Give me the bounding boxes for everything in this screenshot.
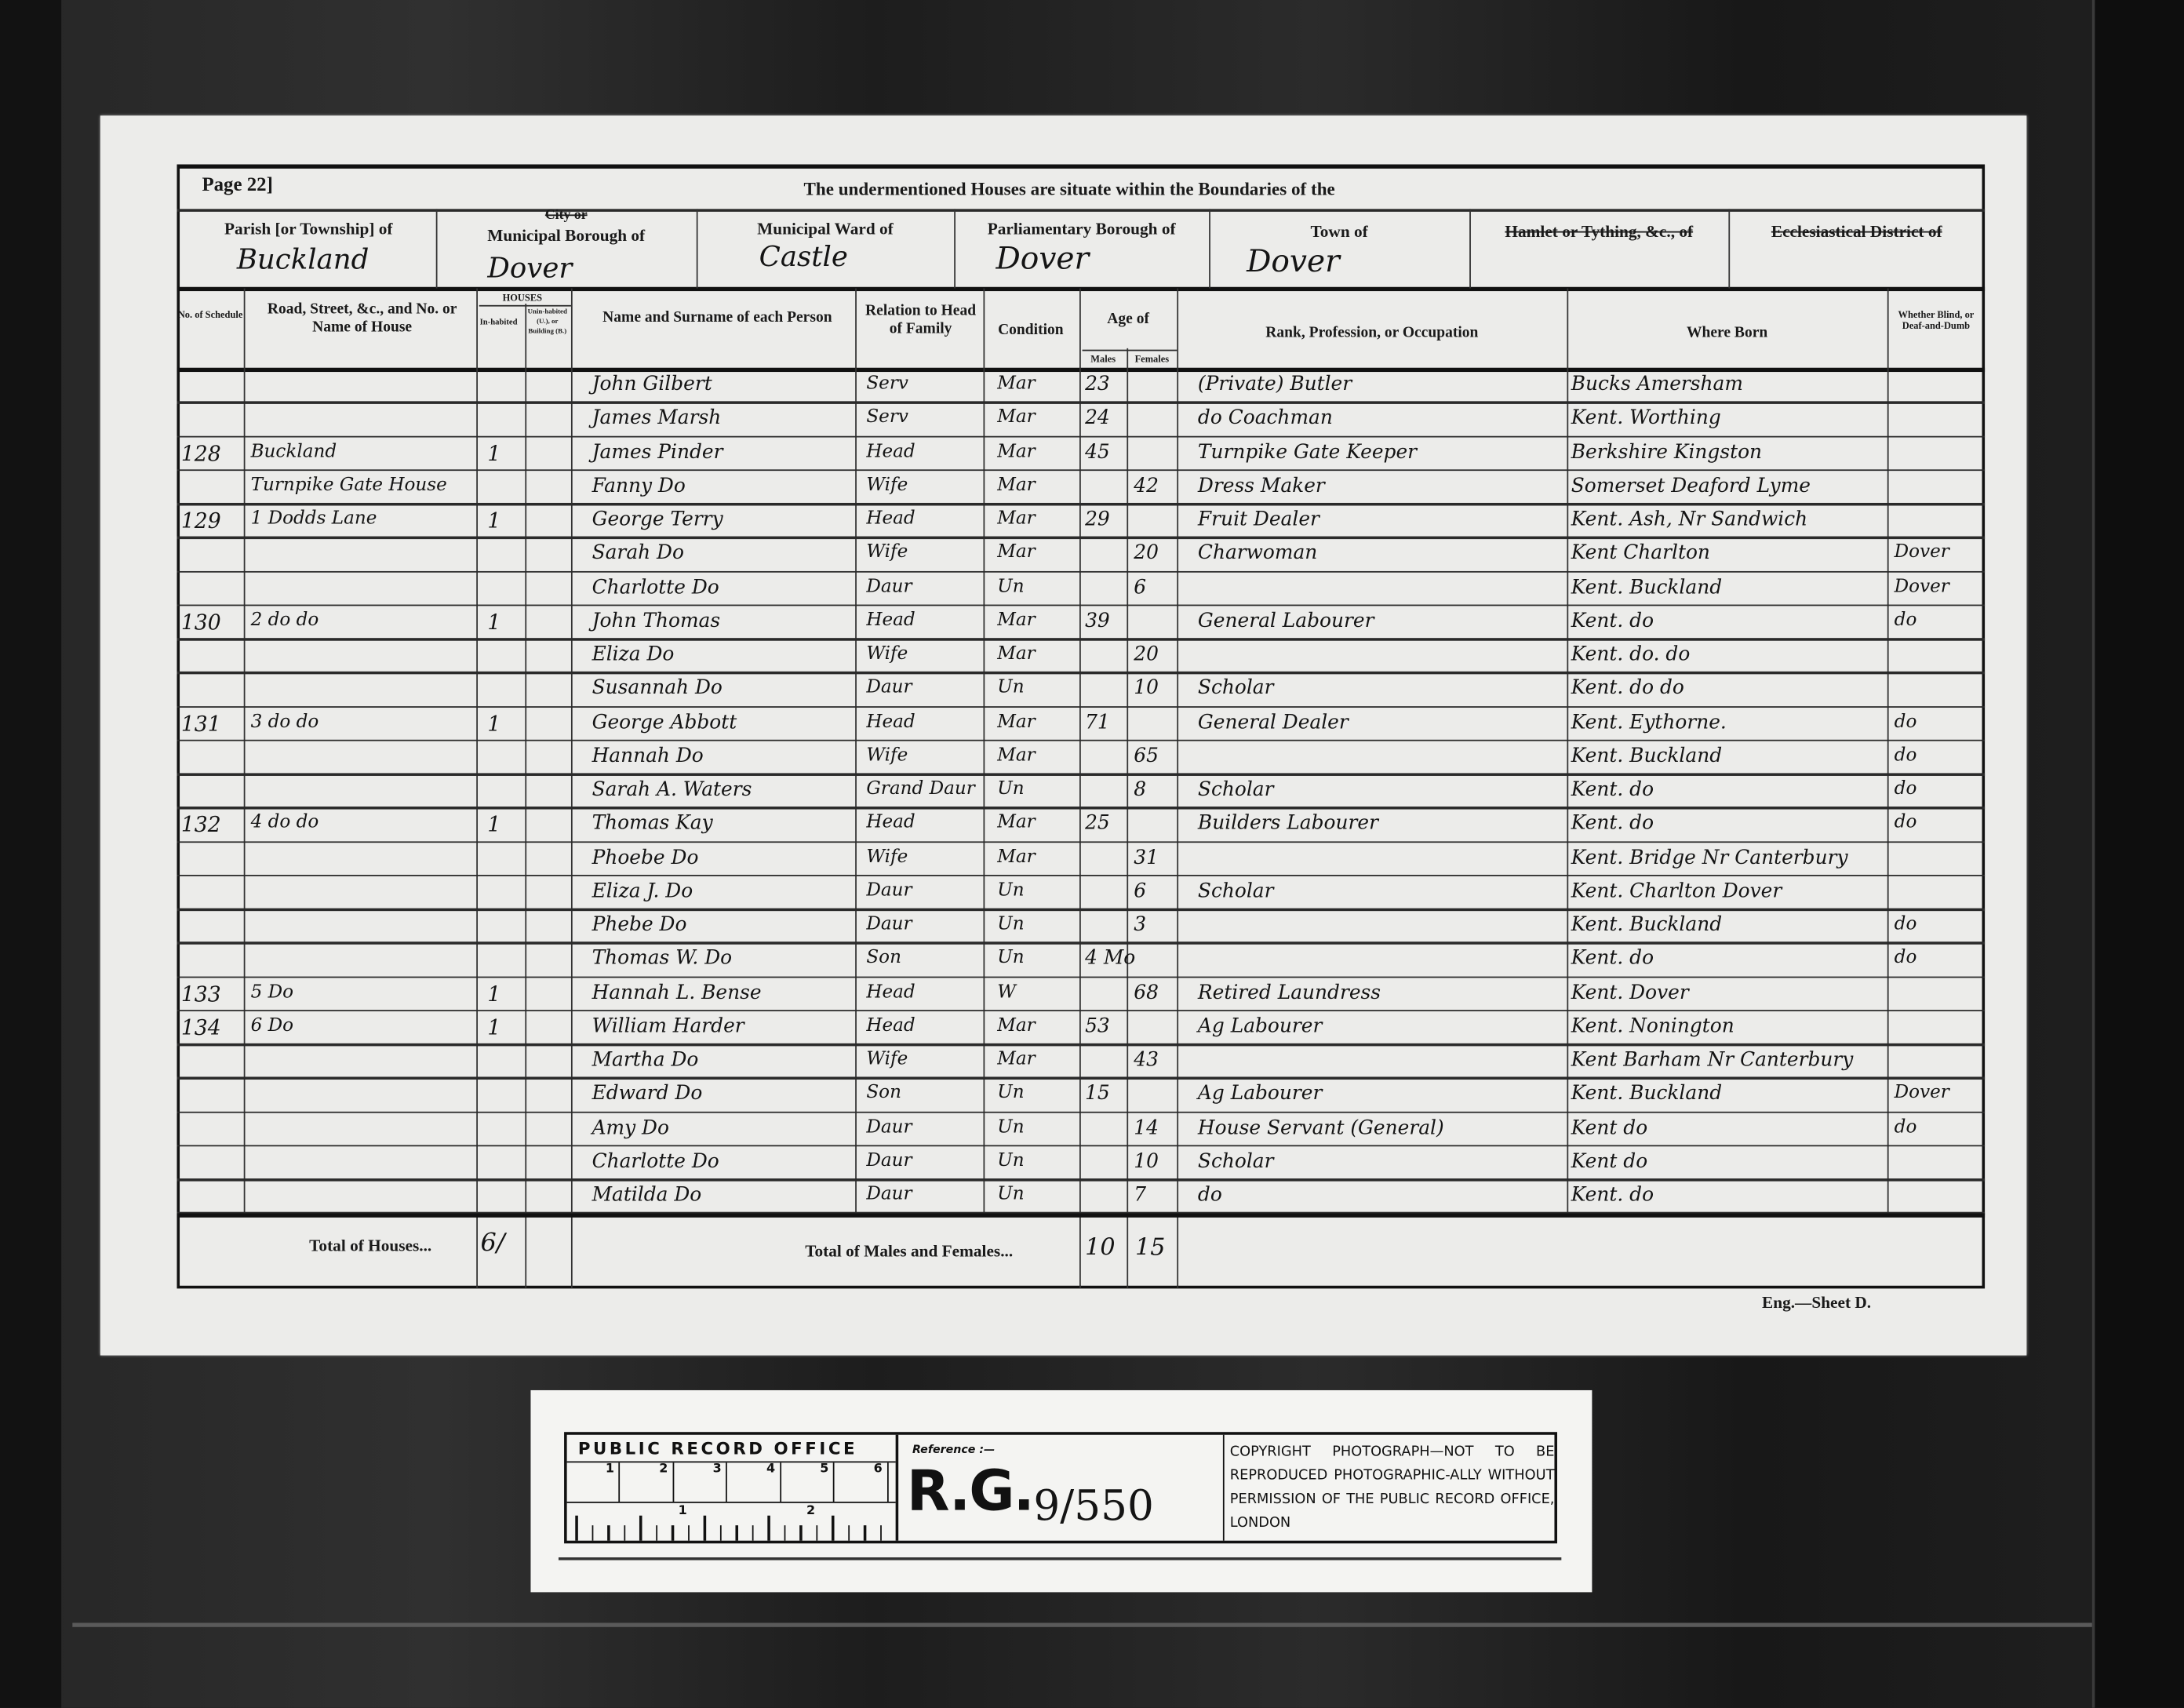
cell-name: John Thomas [592,610,854,632]
ecclesiastical-district-label: Ecclesiastical District of [1728,223,1985,241]
col-where-born: Where Born [1567,325,1887,343]
cell-relation: Head [866,813,981,834]
cell-born: Kent. Bridge Nr Canterbury [1571,847,1886,869]
ruler-tick [767,1516,770,1541]
hamlet-label-struck: Hamlet or Tything, &c., of [1469,223,1728,241]
film-edge-bottom [72,1622,2091,1626]
cell-name: Phoebe Do [592,847,854,869]
cell-blind: do [1895,745,1984,767]
cell-name: George Terry [592,508,854,530]
cell-relation: Wife [866,475,981,496]
row-divider [177,469,1985,472]
cell-male-age: 71 [1085,711,1127,733]
cell-blind: do [1895,711,1984,732]
divider [177,1213,1985,1217]
municipal-borough-label: Municipal Borough of [436,227,697,245]
cell-female-age: 65 [1134,745,1175,767]
city-or-struck: City or [436,206,697,224]
cell-female-age: 43 [1134,1049,1175,1071]
cell-female-age: 42 [1134,475,1175,497]
cell-relation: Daur [866,914,981,935]
divider [855,289,857,1215]
cell-road: Turnpike Gate House [251,475,474,496]
total-males: 10 [1085,1234,1115,1262]
cell-schedule: 132 [181,813,242,838]
cell-name: Edward Do [592,1083,854,1105]
row-divider [177,1111,1985,1113]
row-divider [177,705,1985,708]
cell-condition: Un [997,779,1078,800]
cell-condition: Mar [997,847,1078,868]
row-divider [177,773,1985,775]
cell-name: Susannah Do [592,677,854,699]
total-persons-label: Total of Males and Females... [805,1241,1013,1262]
cell-condition: Un [997,677,1078,698]
cell-male-age: 24 [1085,407,1127,429]
divider [896,1435,899,1541]
cell-occupation: Dress Maker [1198,475,1566,497]
reference-label: Reference :— [912,1443,995,1455]
row-divider [177,604,1985,606]
cell-born: Kent. Buckland [1571,914,1886,936]
cell-name: Sarah A. Waters [592,779,854,801]
cell-condition: Mar [997,813,1078,834]
cell-born: Kent Barham Nr Canterbury [1571,1049,1886,1071]
ruler-inches: 12 [567,1503,896,1541]
divider [1887,289,1889,1215]
cell-female-age: 31 [1134,847,1175,869]
cell-occupation: Scholar [1198,880,1566,902]
cell-born: Berkshire Kingston [1571,441,1886,463]
divider [559,1557,1561,1561]
col-name: Name and Surname of each Person [592,309,843,327]
cell-name: Thomas Kay [592,813,854,835]
cell-male-age: 29 [1085,508,1127,530]
cell-schedule: 131 [181,711,242,736]
col-condition: Condition [984,322,1079,340]
cell-condition: Mar [997,610,1078,631]
parliamentary-borough-label: Parliamentary Borough of [954,220,1209,239]
reference-printed: R.G. [907,1460,1033,1524]
cell-occupation: Fruit Dealer [1198,508,1566,530]
col-males: Males [1079,354,1127,365]
cell-occupation: do [1198,1184,1566,1206]
col-relation: Relation to Head of Family [859,302,981,338]
ruler-tick [687,1525,690,1541]
cell-relation: Wife [866,643,981,665]
cell-born: Kent. do [1571,948,1886,970]
cell-blind: do [1895,610,1984,631]
row-divider [177,1077,1985,1080]
cell-condition: Mar [997,508,1078,530]
town-label: Town of [1209,223,1469,241]
ruler-cm-mark: 6 [835,1462,887,1502]
cell-name: Eliza J. Do [592,880,854,902]
film-edge-left [0,0,61,1707]
cell-relation: Wife [866,847,981,868]
cell-occupation: Charwoman [1198,542,1566,564]
row-divider [177,942,1985,945]
cell-relation: Daur [866,1116,981,1138]
cell-female-age: 3 [1134,914,1175,936]
cell-male-age: 39 [1085,610,1127,632]
cell-born: Kent. do. do [1571,643,1886,665]
row-divider [177,1145,1985,1147]
cell-relation: Wife [866,745,981,767]
col-females: Females [1127,354,1177,365]
cell-condition: Mar [997,1049,1078,1070]
cell-female-age: 8 [1134,779,1175,801]
row-divider [177,1043,1985,1046]
col-houses: HOUSES [474,293,571,304]
cell-relation: Daur [866,880,981,901]
cell-male-age: 45 [1085,441,1127,463]
municipal-ward-value: Castle [759,239,848,273]
cell-condition: Mar [997,407,1078,428]
film-edge-right [2092,0,2184,1707]
cell-female-age: 10 [1134,677,1175,699]
cell-condition: Un [997,1184,1078,1205]
ruler-tick [832,1516,834,1541]
cell-condition: Un [997,914,1078,935]
cell-relation: Head [866,610,981,631]
divider [1079,289,1081,1289]
cell-road: 2 do do [251,610,474,631]
row-divider [177,537,1985,539]
row-divider [177,435,1985,438]
cell-condition: Un [997,1150,1078,1171]
ruler-tick [672,1525,674,1541]
cell-road: 4 do do [251,813,474,834]
cell-born: Kent. do [1571,610,1886,632]
cell-schedule: 130 [181,610,242,635]
divider [1127,348,1128,1288]
cell-inhabited: 1 [487,441,521,466]
ruler-tick [879,1525,882,1541]
divider [1469,209,1471,288]
ruler-tick [847,1525,850,1541]
cell-name: Charlotte Do [592,1150,854,1172]
cell-male-age: 53 [1085,1015,1127,1037]
row-divider [177,402,1985,404]
cell-name: William Harder [592,1015,854,1037]
cell-name: Martha Do [592,1049,854,1071]
municipal-borough-value: Dover [487,251,572,285]
row-divider [177,570,1985,573]
cell-occupation: Builders Labourer [1198,813,1566,835]
cell-blind: Dover [1895,576,1984,597]
col-schedule: No. of Schedule [177,309,243,320]
ruler-tick [591,1525,594,1541]
cell-name: Phebe Do [592,914,854,936]
ruler-cm-mark: 1 [567,1462,620,1502]
cell-name: James Pinder [592,441,854,463]
cell-condition: Mar [997,1015,1078,1036]
cell-condition: Mar [997,542,1078,563]
cell-road: 3 do do [251,711,474,732]
col-road: Road, Street, &c., and No. or Name of Ho… [251,301,474,337]
cell-relation: Grand Daur [866,779,981,800]
cell-relation: Head [866,711,981,732]
divider [525,304,526,1288]
cell-condition: W [997,981,1078,1003]
cell-name: Thomas W. Do [592,948,854,970]
cell-born: Kent. Buckland [1571,745,1886,767]
cell-condition: Un [997,948,1078,969]
ruler-cm-mark: 4 [728,1462,781,1502]
stamp-box: PUBLIC RECORD OFFICE 123456 12 Reference… [564,1432,1557,1543]
col-uninhabited: Unin-habited (U.), or Building (B.) [524,308,571,337]
municipal-ward-label: Municipal Ward of [697,220,954,239]
row-divider [177,672,1985,674]
divider [1083,350,1178,351]
row-divider [177,976,1985,978]
cell-name: Fanny Do [592,475,854,497]
total-houses-label: Total of Houses... [309,1236,431,1257]
cell-born: Kent. do do [1571,677,1886,699]
row-divider [177,909,1985,911]
ruler-tick [816,1525,818,1541]
cell-occupation: Turnpike Gate Keeper [1198,441,1566,463]
row-divider [177,638,1985,640]
cell-occupation: Scholar [1198,1150,1566,1172]
sheet-label: Eng.—Sheet D. [1762,1293,1871,1314]
total-females: 15 [1135,1234,1165,1262]
public-record-office-stamp: PUBLIC RECORD OFFICE 123456 12 Reference… [530,1390,1592,1592]
row-divider [177,875,1985,877]
cell-born: Kent do [1571,1116,1886,1138]
cell-female-age: 6 [1134,880,1175,902]
cell-name: Hannah L. Bense [592,981,854,1003]
cell-name: James Marsh [592,407,854,429]
cell-condition: Un [997,880,1078,901]
cell-female-age: 20 [1134,542,1175,564]
ruler-cm-mark: 2 [621,1462,673,1502]
cell-occupation: do Coachman [1198,407,1566,429]
cell-relation: Serv [866,373,981,395]
divider [1567,289,1568,1215]
ruler-tick [752,1525,754,1541]
row-divider [177,1178,1985,1181]
row-divider [177,503,1985,505]
cell-name: Charlotte Do [592,576,854,598]
cell-condition: Mar [997,711,1078,732]
cell-occupation: (Private) Butler [1198,373,1566,395]
cell-inhabited: 1 [487,981,521,1007]
cell-relation: Daur [866,1150,981,1171]
cell-condition: Mar [997,441,1078,462]
cell-condition: Mar [997,475,1078,496]
ruler-cm: 123456 [567,1462,896,1502]
cell-inhabited: 1 [487,610,521,635]
ruler-tick [799,1525,802,1541]
cell-occupation: General Labourer [1198,610,1566,632]
cell-blind: do [1895,1116,1984,1138]
cell-blind: Dover [1895,1083,1984,1104]
cell-born: Kent. do [1571,1184,1886,1206]
reference-handwritten: 9/550 [1033,1482,1154,1531]
ecclesiastical-label: Ecclesiastical District of [1771,221,1942,241]
cell-name: George Abbott [592,711,854,733]
microfilm-frame: Page 22] The undermentioned Houses are s… [0,0,2184,1707]
cell-relation: Daur [866,576,981,597]
cell-female-age: 20 [1134,643,1175,665]
cell-blind: do [1895,813,1984,834]
cell-female-age: 14 [1134,1116,1175,1138]
cell-born: Kent. Charlton Dover [1571,880,1886,902]
cell-born: Kent. Buckland [1571,576,1886,598]
cell-born: Kent. Ash, Nr Sandwich [1571,508,1886,530]
cell-born: Bucks Amersham [1571,373,1886,395]
cell-name: Amy Do [592,1116,854,1138]
cell-schedule: 129 [181,508,242,534]
cell-relation: Head [866,1015,981,1036]
cell-born: Kent. Nonington [1571,1015,1886,1037]
cell-occupation: Scholar [1198,779,1566,801]
ruler-tick [704,1516,706,1541]
cell-blind: do [1895,779,1984,800]
cell-name: Sarah Do [592,542,854,564]
cell-relation: Head [866,508,981,530]
ruler-inch-label: 2 [806,1505,815,1519]
ruler-tick [719,1525,722,1541]
cell-male-age: 4 Mo [1085,948,1127,970]
cell-road: 1 Dodds Lane [251,508,474,530]
cell-born: Kent do [1571,1150,1886,1172]
divider [1177,289,1178,1289]
stamp-office: PUBLIC RECORD OFFICE [578,1439,857,1459]
cell-relation: Serv [866,407,981,428]
cell-condition: Un [997,576,1078,597]
cell-condition: Un [997,1083,1078,1104]
cell-born: Kent. Eythorne. [1571,711,1886,733]
parish-label: Parish [or Township] of [181,220,436,239]
cell-born: Kent. Dover [1571,981,1886,1003]
cell-blind: do [1895,948,1984,969]
cell-relation: Son [866,1083,981,1104]
cell-male-age: 23 [1085,373,1127,395]
cell-name: Matilda Do [592,1184,854,1206]
col-occupation: Rank, Profession, or Occupation [1177,325,1567,343]
cell-male-age: 25 [1085,813,1127,835]
copyright-notice: COPYRIGHT PHOTOGRAPH—NOT TO BE REPRODUCE… [1230,1440,1555,1535]
divider [984,289,985,1215]
col-blind: Whether Blind, or Deaf-and-Dumb [1889,309,1984,331]
cell-condition: Mar [997,745,1078,767]
cell-schedule: 133 [181,981,242,1007]
cell-relation: Son [866,948,981,969]
ruler-tick [784,1525,786,1541]
divider [1223,1435,1225,1541]
cell-relation: Daur [866,1184,981,1205]
cell-male-age: 15 [1085,1083,1127,1105]
cell-born: Kent. do [1571,813,1886,835]
cell-condition: Mar [997,643,1078,665]
cell-relation: Wife [866,1049,981,1070]
cell-condition: Un [997,1116,1078,1138]
divider [571,289,573,1289]
parliamentary-borough-value: Dover [996,242,1089,277]
cell-occupation: Scholar [1198,677,1566,699]
ruler-tick [624,1525,626,1541]
cell-female-age: 68 [1134,981,1175,1003]
cell-female-age: 10 [1134,1150,1175,1172]
cell-blind: Dover [1895,542,1984,563]
cell-born: Somerset Deaford Lyme [1571,475,1886,497]
row-divider [177,841,1985,843]
cell-born: Kent. Buckland [1571,1083,1886,1105]
cell-schedule: 134 [181,1015,242,1040]
cell-inhabited: 1 [487,508,521,534]
cell-road: Buckland [251,441,474,462]
divider [1728,209,1730,288]
cell-inhabited: 1 [487,711,521,736]
ruler-cm-mark: 5 [781,1462,834,1502]
cell-female-age: 7 [1134,1184,1175,1206]
ruler-tick [575,1516,577,1541]
ruler-tick [655,1525,657,1541]
cell-condition: Mar [997,373,1078,395]
cell-relation: Daur [866,677,981,698]
cell-inhabited: 1 [487,813,521,838]
cell-relation: Head [866,441,981,462]
total-houses-value: 6/ [481,1229,505,1258]
divider [244,289,246,1215]
ruler-inch-label: 1 [679,1505,687,1519]
cell-relation: Wife [866,542,981,563]
cell-inhabited: 1 [487,1015,521,1040]
town-value: Dover [1247,245,1340,279]
col-inhabited: In-habited [474,318,524,329]
row-divider [177,807,1985,810]
cell-occupation: General Dealer [1198,711,1566,733]
cell-name: John Gilbert [592,373,854,395]
cell-born: Kent Charlton [1571,542,1886,564]
divider [476,289,478,1289]
cell-road: 6 Do [251,1015,474,1036]
cell-occupation: House Servant (General) [1198,1116,1566,1138]
cell-blind: do [1895,914,1984,935]
row-divider [177,739,1985,741]
ruler-tick [735,1525,737,1541]
cell-name: Eliza Do [592,643,854,665]
parish-value: Buckland [237,242,369,276]
ruler-cm-mark: 3 [674,1462,726,1502]
col-age: Age of [1079,311,1177,329]
cell-occupation: Ag Labourer [1198,1015,1566,1037]
row-divider [177,1010,1985,1012]
cell-road: 5 Do [251,981,474,1003]
cell-born: Kent. do [1571,779,1886,801]
cell-born: Kent. Worthing [1571,407,1886,429]
ruler-tick [607,1525,610,1541]
ruler-tick [864,1525,866,1541]
cell-relation: Head [866,981,981,1003]
divider [1209,209,1210,288]
cell-female-age: 6 [1134,576,1175,598]
ruler-tick [639,1516,642,1541]
cell-name: Hannah Do [592,745,854,767]
cell-occupation: Retired Laundress [1198,981,1566,1003]
cell-occupation: Ag Labourer [1198,1083,1566,1105]
cell-schedule: 128 [181,441,242,466]
